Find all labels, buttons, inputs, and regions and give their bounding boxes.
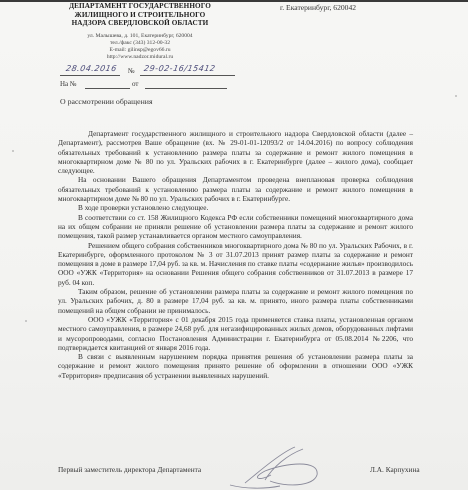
number-underline: [140, 75, 235, 76]
scan-speck: [12, 150, 14, 152]
reference-date-line: [145, 88, 227, 89]
letter-body: Департамент государственного жилищного и…: [58, 129, 413, 380]
signature-scribble-icon: [225, 445, 335, 490]
letterhead: ДЕПАРТАМЕНТ ГОСУДАРСТВЕННОГО ЖИЛИЩНОГО И…: [60, 2, 220, 61]
org-name-line-3: НАДЗОРА СВЕРДЛОВСКОЙ ОБЛАСТИ: [60, 19, 220, 28]
org-email: E-mail: gilinsp@egov66.ru: [60, 47, 220, 54]
reference-number-line: [85, 88, 130, 89]
org-phone: тел./факс (343) 312-00-32: [60, 40, 220, 47]
org-address: ул. Малышева, д. 101, Екатеринбург, 6200…: [60, 33, 220, 40]
org-name-line-2: ЖИЛИЩНОГО И СТРОИТЕЛЬНОГО: [60, 11, 220, 20]
paragraph-intro: Департамент государственного жилищного и…: [58, 129, 413, 175]
handwritten-date: 28.04.2016: [65, 64, 117, 73]
reference-label: На №: [60, 80, 77, 88]
paragraph-conclusion: Таким образом, решение об установлении р…: [58, 287, 413, 315]
signatory-name: Л.А. Карпухина: [370, 465, 420, 474]
outgoing-date-number: 28.04.2016 № 29-02-16/15412: [60, 65, 235, 77]
date-underline: [60, 75, 120, 76]
number-label: №: [128, 67, 135, 75]
paragraph-findings-intro: В ходе проверки установлено следующее.: [58, 203, 413, 212]
org-website: http://www.nadzor.midural.ru: [60, 54, 220, 61]
org-name-line-1: ДЕПАРТАМЕНТ ГОСУДАРСТВЕННОГО: [60, 2, 220, 11]
scan-speck: [25, 320, 27, 322]
paragraph-order: В связи с выявленным нарушением порядка …: [58, 352, 413, 380]
paragraph-new-rate: ООО «УЖК «Территория» с 01 декабря 2015 …: [58, 315, 413, 352]
handwritten-number: 29-02-16/15412: [143, 64, 216, 73]
scan-speck: [455, 95, 457, 97]
recipient-city: г. Екатеринбург, 620042: [280, 3, 356, 12]
letter-page: ДЕПАРТАМЕНТ ГОСУДАРСТВЕННОГО ЖИЛИЩНОГО И…: [0, 0, 468, 490]
subject-line: О рассмотрении обращения: [60, 97, 153, 106]
reference-from-label: от: [132, 80, 138, 88]
paragraph-housing-code: В соответствии со ст. 158 Жилищного Коде…: [58, 213, 413, 241]
paragraph-owners-decision: Решением общего собрания собственников м…: [58, 241, 413, 287]
signatory-title: Первый заместитель директора Департамент…: [58, 465, 201, 474]
paragraph-inspection: На основании Вашего обращения Департамен…: [58, 175, 413, 203]
